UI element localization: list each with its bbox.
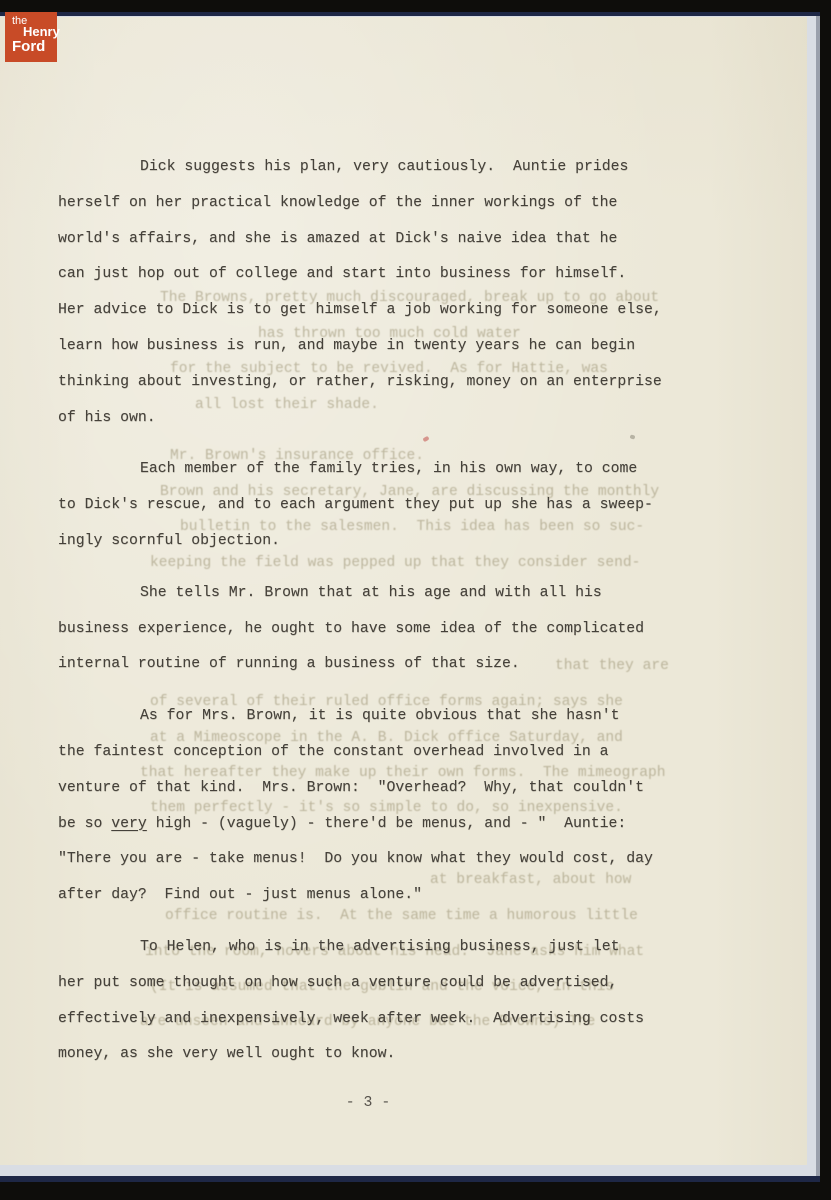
underlined-word: very xyxy=(111,816,147,832)
text-line: Her advice to Dick is to get himself a j… xyxy=(58,293,678,329)
text-line: To Helen, who is in the advertising busi… xyxy=(58,930,678,966)
text-line: herself on her practical knowledge of th… xyxy=(58,186,678,222)
text-segment: high - (vaguely) - there'd be menus, and… xyxy=(147,816,627,832)
text-line: to Dick's rescue, and to each argument t… xyxy=(58,488,678,524)
text-line: ingly scornful objection. xyxy=(58,524,678,560)
text-line: internal routine of running a business o… xyxy=(58,647,678,683)
scanned-page-stage: The Browns, pretty much discouraged, bre… xyxy=(0,0,831,1200)
henry-ford-watermark-logo: the Henry Ford xyxy=(5,12,57,62)
text-line: the faintest conception of the constant … xyxy=(58,735,678,771)
text-line: can just hop out of college and start in… xyxy=(58,257,678,293)
text-line: effectively and inexpensively, week afte… xyxy=(58,1002,678,1038)
text-line: Dick suggests his plan, very cautiously.… xyxy=(58,150,678,186)
backing-edge-shadow xyxy=(816,16,820,1176)
paragraph: Each member of the family tries, in his … xyxy=(58,452,678,559)
text-line: Each member of the family tries, in his … xyxy=(58,452,678,488)
paragraph: To Helen, who is in the advertising busi… xyxy=(58,930,678,1073)
text-line: She tells Mr. Brown that at his age and … xyxy=(58,576,678,612)
paragraph: She tells Mr. Brown that at his age and … xyxy=(58,576,678,683)
text-segment: be so xyxy=(58,816,111,832)
paragraph: Dick suggests his plan, very cautiously.… xyxy=(58,150,678,436)
paragraph: As for Mrs. Brown, it is quite obvious t… xyxy=(58,699,678,914)
text-line: As for Mrs. Brown, it is quite obvious t… xyxy=(58,699,678,735)
logo-word-ford: Ford xyxy=(12,38,45,55)
text-line: her put some thought on how such a ventu… xyxy=(58,966,678,1002)
text-line: money, as she very well ought to know. xyxy=(58,1037,678,1073)
text-line: of his own. xyxy=(58,401,678,437)
page-number: - 3 - xyxy=(58,1086,678,1122)
text-line: thinking about investing, or rather, ris… xyxy=(58,365,678,401)
text-line: business experience, he ought to have so… xyxy=(58,612,678,648)
logo-word-henry: Henry xyxy=(23,24,60,39)
text-line: be so very high - (vaguely) - there'd be… xyxy=(58,807,678,843)
typed-text-column: Dick suggests his plan, very cautiously.… xyxy=(58,150,678,1089)
text-line: venture of that kind. Mrs. Brown: "Overh… xyxy=(58,771,678,807)
text-line: after day? Find out - just menus alone." xyxy=(58,878,678,914)
text-line: learn how business is run, and maybe in … xyxy=(58,329,678,365)
text-line: world's affairs, and she is amazed at Di… xyxy=(58,222,678,258)
text-line: "There you are - take menus! Do you know… xyxy=(58,842,678,878)
